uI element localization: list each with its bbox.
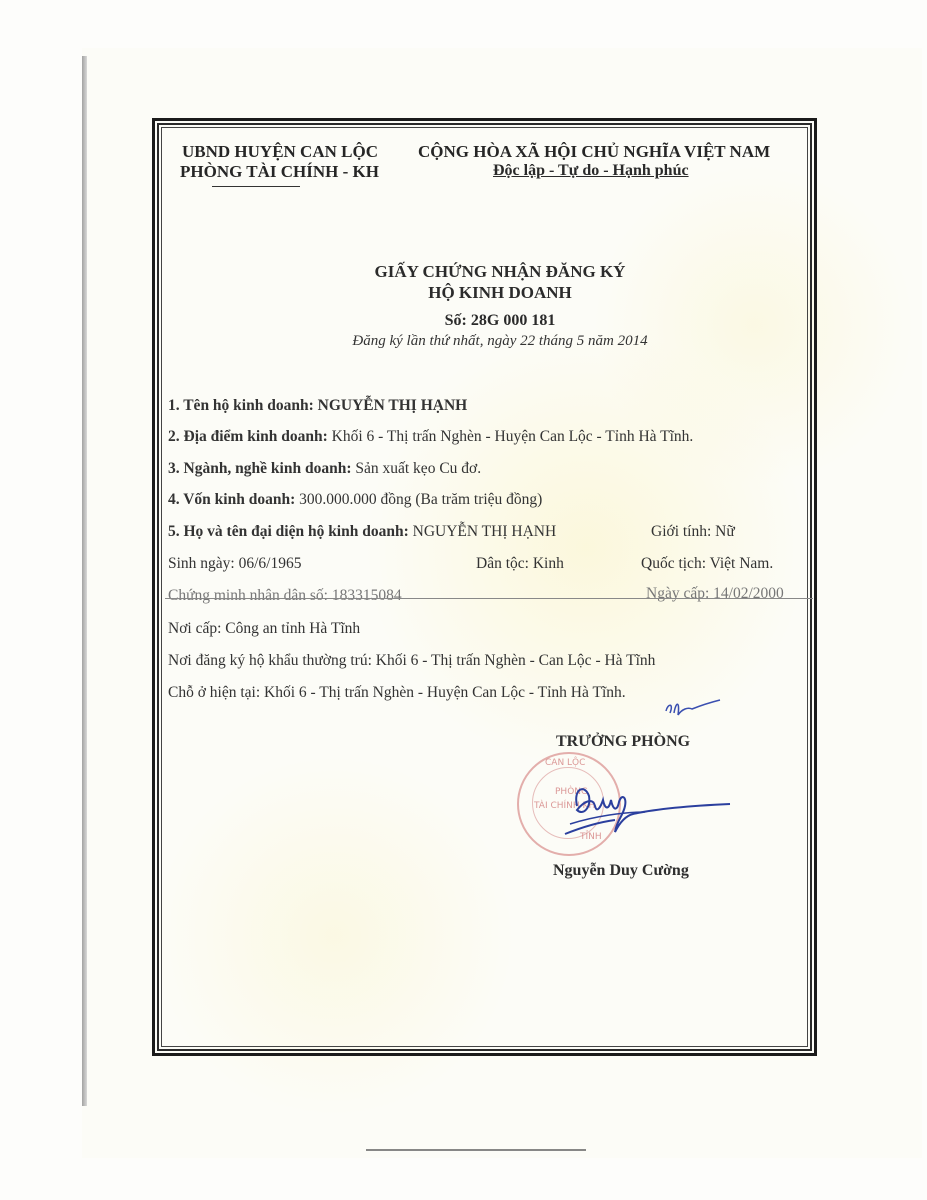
scan-edge-line	[366, 1149, 586, 1151]
field-value: NGUYỄN THỊ HẠNH	[413, 523, 557, 540]
signer-position: TRƯỞNG PHÒNG	[556, 733, 690, 751]
representative-current-residence: Chỗ ở hiện tại: Khối 6 - Thị trấn Nghèn …	[168, 684, 626, 702]
field-business-capital: 4. Vốn kinh doanh: 300.000.000 đồng (Ba …	[168, 491, 542, 509]
field-label: 1. Tên hộ kinh doanh:	[168, 397, 314, 414]
registration-date: Đăng ký lần thứ nhất, ngày 22 tháng 5 nă…	[300, 333, 700, 350]
field-value: 300.000.000 đồng (Ba trăm triệu đồng)	[299, 491, 542, 508]
field-business-location: 2. Địa điểm kinh doanh: Khối 6 - Thị trấ…	[168, 428, 693, 446]
representative-id-issue-date: Ngày cấp: 14/02/2000	[646, 585, 784, 603]
field-label: 3. Ngành, nghề kinh doanh:	[168, 460, 352, 477]
representative-id-issue-place: Nơi cấp: Công an tỉnh Hà Tĩnh	[168, 620, 360, 638]
representative-nationality: Quốc tịch: Việt Nam.	[641, 555, 773, 573]
field-value: NGUYỄN THỊ HẠNH	[318, 397, 468, 414]
paper-edge-shadow	[82, 56, 87, 1106]
issuing-department: PHÒNG TÀI CHÍNH - KH	[180, 162, 379, 182]
representative-permanent-residence: Nơi đăng ký hộ khẩu thường trú: Khối 6 -…	[168, 652, 655, 670]
signer-name: Nguyễn Duy Cường	[553, 862, 689, 880]
field-representative-name: 5. Họ và tên đại diện hộ kinh doanh: NGU…	[168, 523, 556, 541]
field-label: 4. Vốn kinh doanh:	[168, 491, 295, 508]
fold-crease-line	[165, 598, 813, 599]
issuing-department-underline	[212, 186, 300, 187]
certificate-title: GIẤY CHỨNG NHẬN ĐĂNG KÝ	[300, 262, 700, 282]
issuing-authority: UBND HUYỆN CAN LỘC	[182, 142, 378, 162]
field-label: 5. Họ và tên đại diện hộ kinh doanh:	[168, 523, 409, 540]
representative-id-number: Chứng minh nhân dân số: 183315084	[168, 587, 402, 605]
national-motto: Độc lập - Tự do - Hạnh phúc	[493, 162, 689, 180]
national-title: CỘNG HÒA XÃ HỘI CHỦ NGHĨA VIỆT NAM	[418, 142, 770, 162]
field-value: Sản xuất kẹo Cu đơ.	[355, 460, 481, 477]
representative-dob: Sinh ngày: 06/6/1965	[168, 555, 301, 573]
representative-gender: Giới tính: Nữ	[651, 523, 735, 541]
field-value: Khối 6 - Thị trấn Nghèn - Huyện Can Lộc …	[332, 428, 694, 445]
certificate-number: Số: 28G 000 181	[300, 312, 700, 330]
field-label: 2. Địa điểm kinh doanh:	[168, 428, 328, 445]
signature	[555, 776, 735, 846]
field-business-sector: 3. Ngành, nghề kinh doanh: Sản xuất kẹo …	[168, 460, 481, 478]
stamp-text-top: CAN LỘC	[545, 758, 585, 768]
certificate-subtitle: HỘ KINH DOANH	[300, 283, 700, 303]
representative-ethnicity: Dân tộc: Kinh	[476, 555, 564, 573]
field-business-name: 1. Tên hộ kinh doanh: NGUYỄN THỊ HẠNH	[168, 397, 467, 415]
initials-mark	[662, 697, 722, 719]
